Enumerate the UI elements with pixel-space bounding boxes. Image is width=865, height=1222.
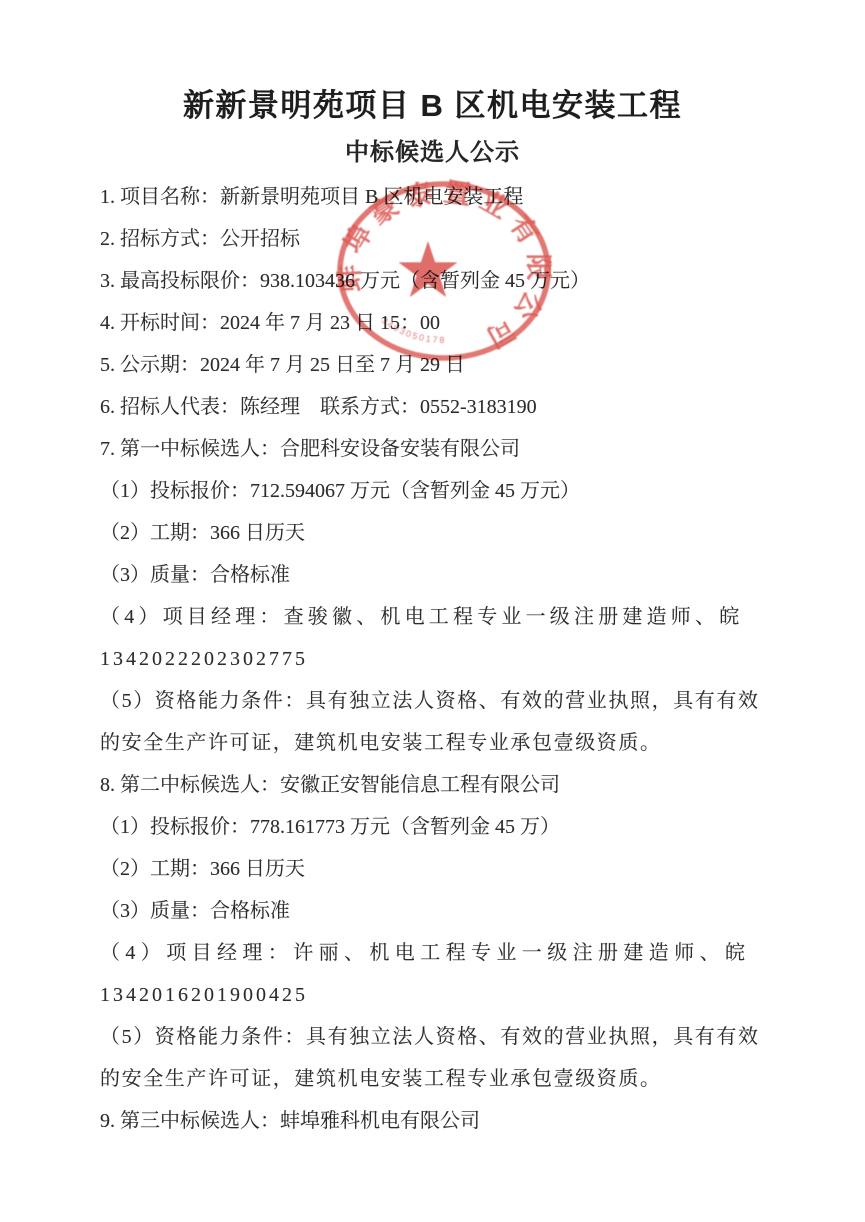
page-title: 新新景明苑项目 B 区机电安装工程 bbox=[0, 80, 865, 125]
doc-line-02: 2. 招标方式：公开招标 bbox=[100, 218, 790, 260]
doc-line-20: 1342016201900425 bbox=[100, 974, 790, 1016]
doc-line-10: （3）质量：合格标准 bbox=[100, 554, 790, 596]
doc-line-14: 的安全生产许可证，建筑机电安装工程专业承包壹级资质。 bbox=[100, 722, 790, 764]
doc-line-22: 的安全生产许可证，建筑机电安装工程专业承包壹级资质。 bbox=[100, 1058, 790, 1100]
doc-line-13: （5）资格能力条件：具有独立法人资格、有效的营业执照，具有有效 bbox=[100, 680, 790, 722]
doc-line-11: （4）项目经理：查骏徽、机电工程专业一级注册建造师、皖 bbox=[100, 596, 790, 638]
doc-line-06: 6. 招标人代表：陈经理 联系方式：0552-3183190 bbox=[100, 386, 790, 428]
doc-line-01: 1. 项目名称：新新景明苑项目 B 区机电安装工程 bbox=[100, 176, 790, 218]
doc-line-03: 3. 最高投标限价：938.103436 万元（含暂列金 45 万元） bbox=[100, 260, 790, 302]
doc-line-05: 5. 公示期：2024 年 7 月 25 日至 7 月 29 日 bbox=[100, 344, 790, 386]
doc-line-17: （2）工期：366 日历天 bbox=[100, 848, 790, 890]
doc-line-18: （3）质量：合格标准 bbox=[100, 890, 790, 932]
doc-line-07: 7. 第一中标候选人：合肥科安设备安装有限公司 bbox=[100, 428, 790, 470]
doc-line-12: 1342022202302775 bbox=[100, 638, 790, 680]
announcement-document-page: 新新景明苑项目 B 区机电安装工程 中标候选人公示 1. 项目名称：新新景明苑项… bbox=[0, 0, 865, 1222]
doc-line-16: （1）投标报价：778.161773 万元（含暂列金 45 万） bbox=[100, 806, 790, 848]
doc-line-08: （1）投标报价：712.594067 万元（含暂列金 45 万元） bbox=[100, 470, 790, 512]
doc-line-09: （2）工期：366 日历天 bbox=[100, 512, 790, 554]
doc-line-19: （4）项目经理：许丽、机电工程专业一级注册建造师、皖 bbox=[100, 932, 790, 974]
doc-line-21: （5）资格能力条件：具有独立法人资格、有效的营业执照，具有有效 bbox=[100, 1016, 790, 1058]
doc-line-04: 4. 开标时间：2024 年 7 月 23 日 15：00 bbox=[100, 302, 790, 344]
doc-line-15: 8. 第二中标候选人：安徽正安智能信息工程有限公司 bbox=[100, 764, 790, 806]
page-subtitle: 中标候选人公示 bbox=[0, 132, 865, 167]
document-body: 1. 项目名称：新新景明苑项目 B 区机电安装工程 2. 招标方式：公开招标 3… bbox=[100, 176, 790, 1142]
doc-line-23: 9. 第三中标候选人：蚌埠雅科机电有限公司 bbox=[100, 1100, 790, 1142]
